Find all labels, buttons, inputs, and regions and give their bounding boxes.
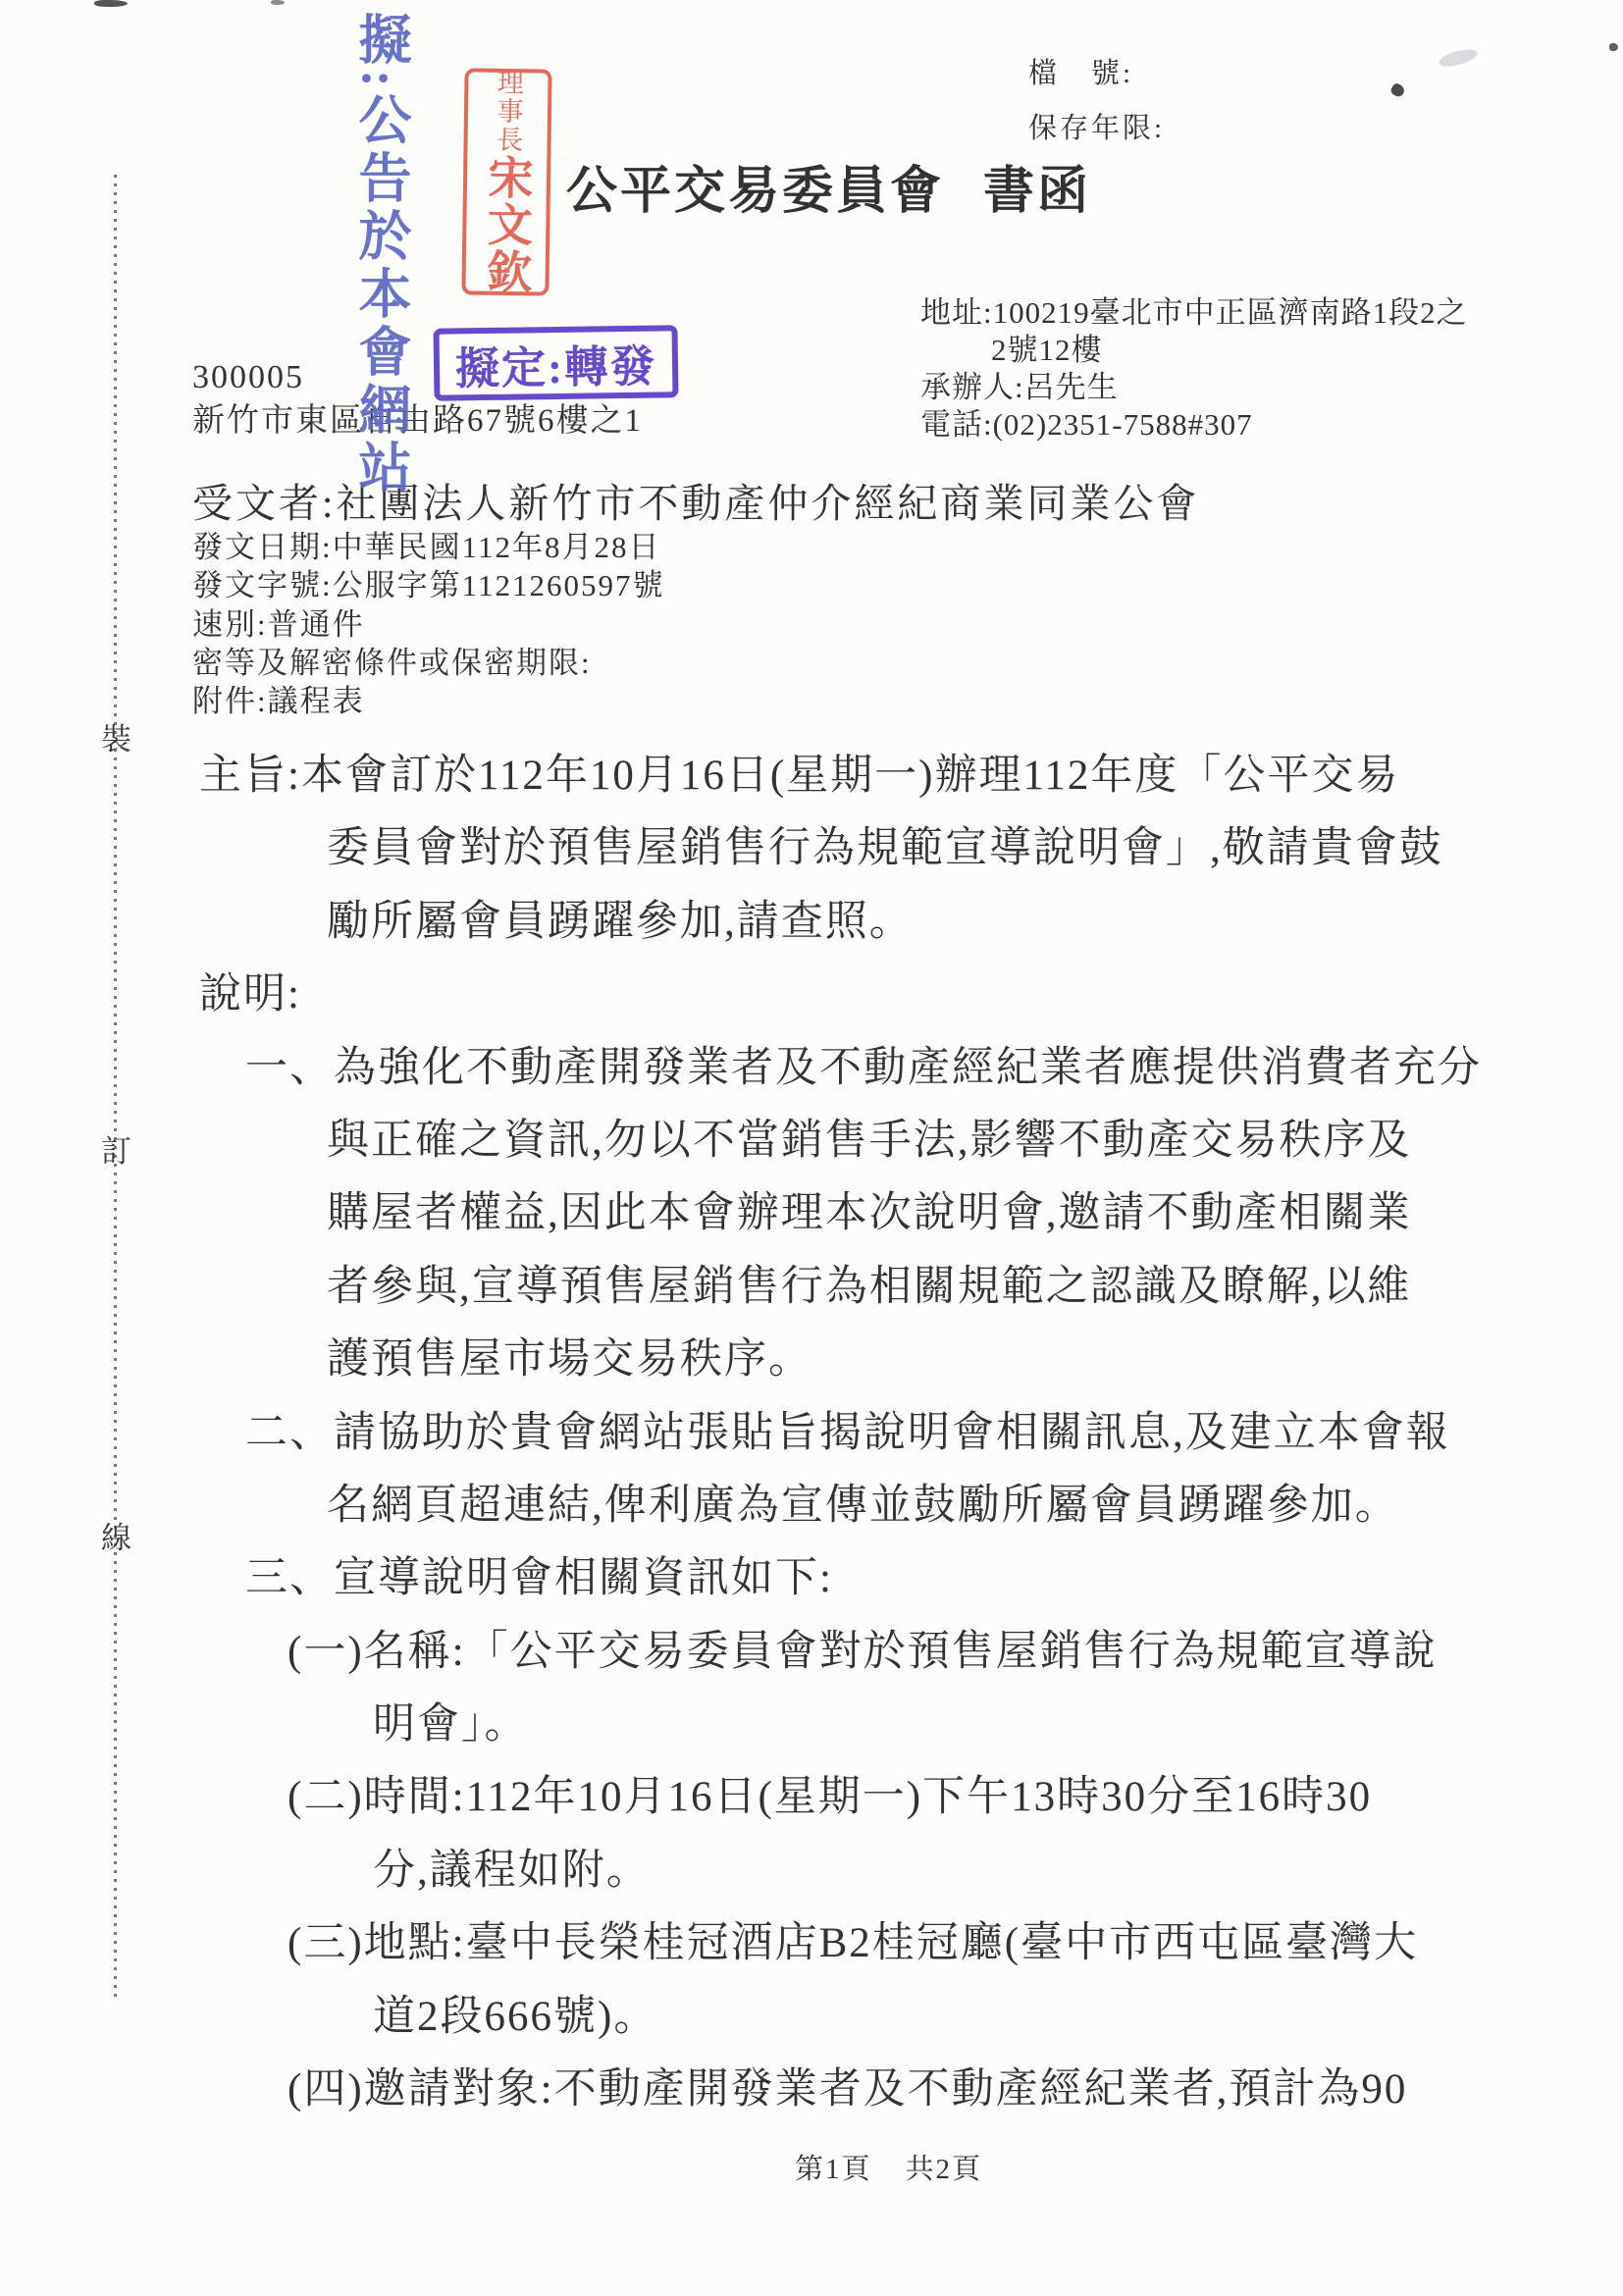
binding-mark: 裝 (101, 714, 131, 758)
handwritten-annotation: 擬:公告於本會網站 (343, 12, 419, 542)
issuing-agency: 公平交易委員會 (566, 164, 944, 220)
scanned-letter-page: 檔 號: 保存年限: 公平交易委員會書函 擬:公告於本會網站 理事長宋文欽 擬定… (0, 0, 1623, 2296)
agency-phone: 電話:(02)2351-7588#307 (920, 406, 1468, 444)
file-number-label: 檔 號: (1028, 51, 1133, 91)
letter-body: 主旨:本會訂於112年10月16日(星期一)辦理112年度「公平交易委員會對於預… (0, 740, 1623, 2126)
metadata-line: 附件:議程表 (192, 682, 664, 720)
chairman-seal: 理事長宋文欽 (461, 68, 551, 295)
addressee-postal-code: 300005 (192, 359, 304, 396)
body-line: (四)邀請對象:不動產開發業者及不動產經紀業者,預計為90 (288, 2054, 1623, 2126)
page-total: 共2頁 (906, 2154, 983, 2185)
body-line: 委員會對於預售屋銷售行為規範宣導說明會」,敬請貴會鼓 (327, 812, 1623, 885)
metadata-line: 發文字號:公服字第1121260597號 (192, 566, 664, 604)
body-line: 二、請協助於貴會網站張貼旨揭說明會相關訊息,及建立本會報 (245, 1397, 1623, 1470)
page-footer: 第1頁共2頁 (795, 2147, 982, 2187)
body-line: 一、為強化不動產開發業者及不動產經紀業者應提供消費者充分 (245, 1032, 1623, 1105)
agency-contact-person: 承辦人:呂先生 (920, 369, 1468, 406)
agency-address-line1: 地址:100219臺北市中正區濟南路1段2之 (920, 294, 1468, 332)
body-line: 三、宣導說明會相關資訊如下: (245, 1542, 1623, 1615)
body-line: (一)名稱:「公平交易委員會對於預售屋銷售行為規範宣導說 (288, 1616, 1623, 1689)
document-type: 書函 (983, 164, 1091, 220)
body-line: 說明: (199, 959, 1623, 1031)
body-line: (二)時間:112年10月16日(星期一)下午13時30分至16時30 (288, 1761, 1623, 1834)
body-line: 分,議程如附。 (373, 1835, 1623, 1907)
body-line: 購屋者權益,因此本會辦理本次說明會,邀請不動產相關業 (327, 1177, 1623, 1250)
metadata-line: 速別:普通件 (192, 605, 664, 644)
scan-speck (271, 0, 285, 5)
body-line: 護預售屋市場交易秩序。 (327, 1324, 1623, 1396)
body-line: 勵所屬會員踴躍參加,請查照。 (327, 886, 1623, 959)
binding-mark: 線 (101, 1513, 131, 1557)
agency-address-line2: 2號12樓 (991, 332, 1468, 369)
metadata-line: 發文日期:中華民國112年8月28日 (192, 528, 664, 566)
disposition-stamp: 擬定:轉發 (433, 325, 678, 400)
seal-name: 宋文欽 (481, 154, 533, 296)
scan-smudge (1438, 46, 1479, 70)
body-line: 名網頁超連結,俾利廣為宣傳並鼓勵所屬會員踴躍參加。 (327, 1470, 1623, 1542)
body-line: 者參與,宣導預售屋銷售行為相關規範之認識及瞭解,以維 (327, 1251, 1623, 1324)
scan-speck (1389, 82, 1406, 99)
binding-mark: 訂 (101, 1126, 131, 1171)
document-title: 公平交易委員會書函 (566, 149, 1091, 223)
body-line: 道2段666號)。 (373, 1981, 1623, 2054)
binding-marks: 裝訂線 (101, 0, 140, 2296)
metadata-line: 密等及解密條件或保密期限: (192, 644, 664, 682)
retention-period-label: 保存年限: (1028, 106, 1165, 146)
body-line: 主旨:本會訂於112年10月16日(星期一)辦理112年度「公平交易 (199, 740, 1623, 812)
body-line: (三)地點:臺中長榮桂冠酒店B2桂冠廳(臺中市西屯區臺灣大 (288, 1907, 1623, 1980)
scan-speck (1609, 43, 1618, 51)
issue-metadata-block: 發文日期:中華民國112年8月28日發文字號:公服字第1121260597號速別… (192, 528, 664, 720)
body-line: 與正確之資訊,勿以不當銷售手法,影響不動產交易秩序及 (327, 1105, 1623, 1177)
page-number: 第1頁 (795, 2154, 872, 2185)
chairman-seal-text: 理事長宋文欽 (483, 69, 531, 296)
agency-info-block: 地址:100219臺北市中正區濟南路1段2之 2號12樓 承辦人:呂先生 電話:… (920, 294, 1468, 444)
seal-title: 理事長 (493, 69, 523, 154)
body-line: 明會」。 (373, 1689, 1623, 1761)
